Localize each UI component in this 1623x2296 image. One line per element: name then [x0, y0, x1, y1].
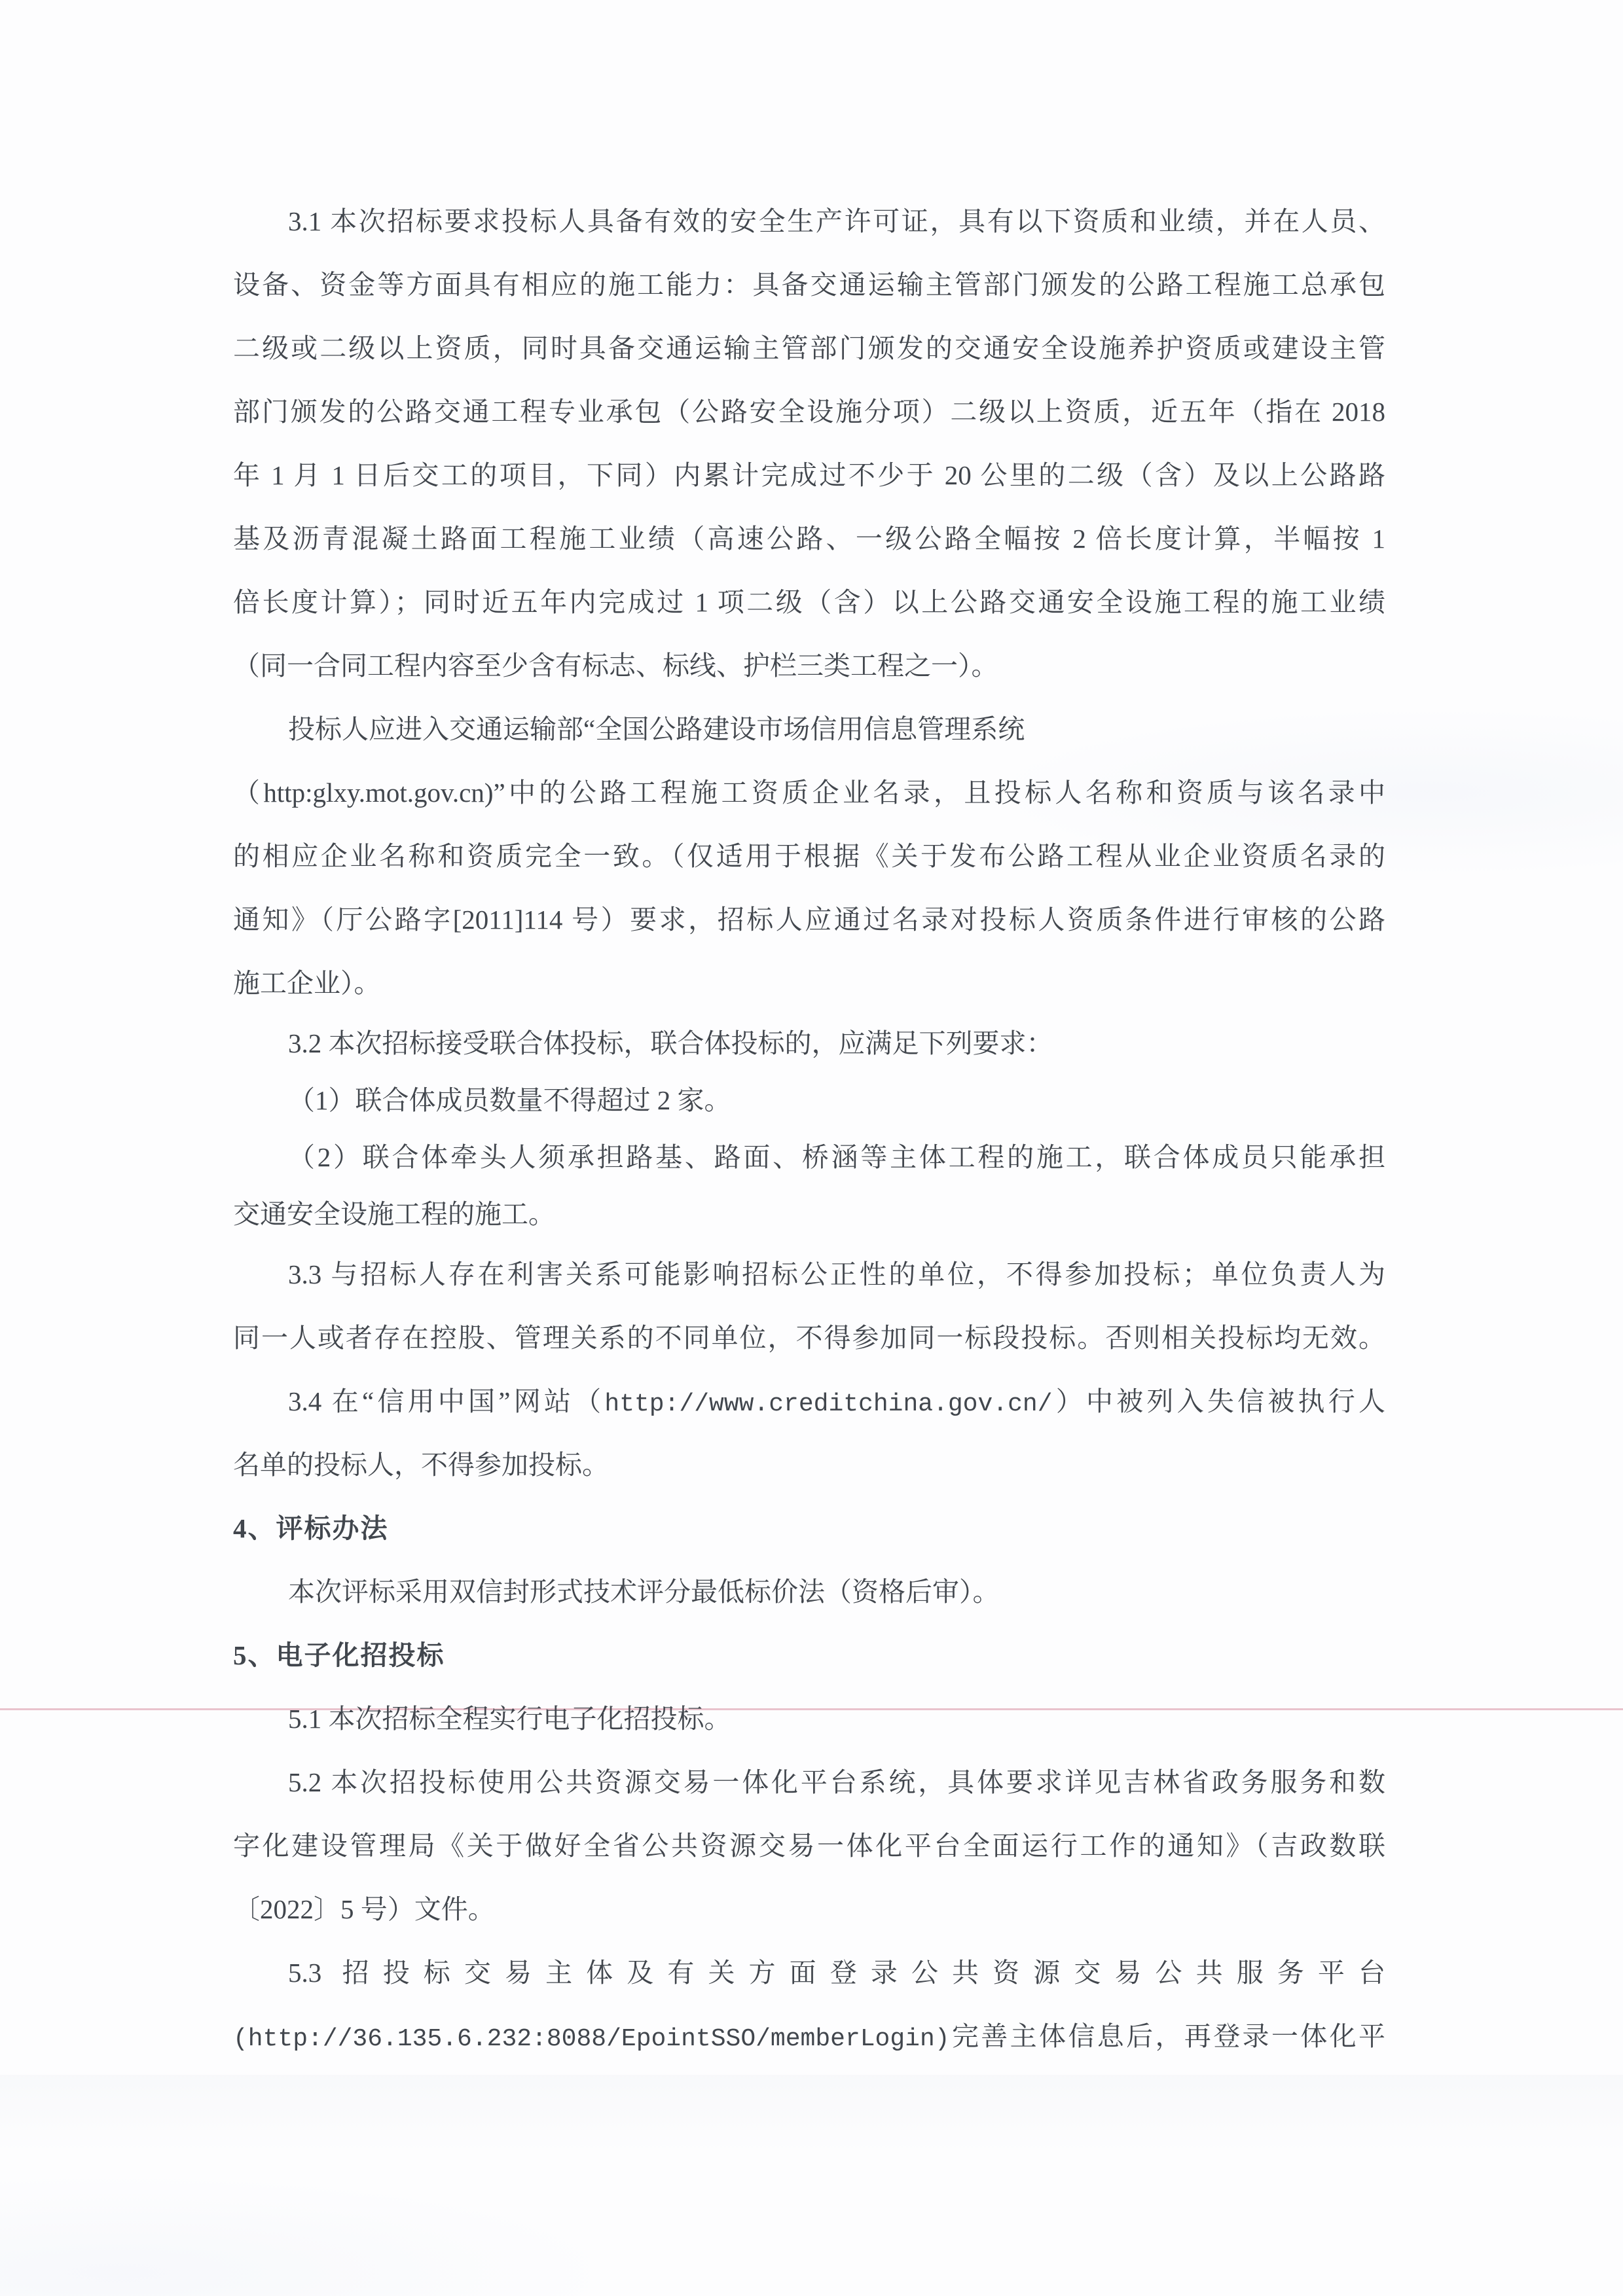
text-line: 名单的投标人，不得参加投标。 — [233, 1433, 1385, 1497]
text-line: 5.3 招投标交易主体及有关方面登录公共资源交易公共服务平台 — [233, 1941, 1385, 2005]
text-line: 基及沥青混凝土路面工程施工业绩（高速公路、一级公路全幅按 2 倍长度计算，半幅按… — [233, 507, 1385, 571]
document-page: 3.1 本次招标要求投标人具备有效的安全生产许可证，具有以下资质和业绩，并在人员… — [0, 0, 1623, 2296]
text-segment: 3.3 与招标人存在利害关系可能影响招标公正性的单位，不得参加投标；单位负责人为 — [288, 1259, 1385, 1289]
text-segment: 年 1 月 1 日后交工的项目，下同）内累计完成过不少于 20 公里的二级（含）… — [233, 460, 1385, 490]
text-segment: 倍长度计算）；同时近五年内完成过 1 项二级（含）以上公路交通安全设施工程的施工… — [233, 587, 1385, 617]
text-segment: （http:glxy.mot.gov.cn)”中的公路工程施工资质企业名录，且投… — [233, 778, 1385, 808]
text-line: 设备、资金等方面具有相应的施工能力：具备交通运输主管部门颁发的公路工程施工总承包 — [233, 253, 1385, 317]
text-line: （1）联合体成员数量不得超过 2 家。 — [233, 1072, 1385, 1129]
section-heading: 4、评标办法 — [233, 1497, 1385, 1560]
text-segment: 基及沥青混凝土路面工程施工业绩（高速公路、一级公路全幅按 2 倍长度计算，半幅按… — [233, 524, 1385, 554]
text-segment: 完善主体信息后，再登录一体化平 — [950, 2021, 1385, 2051]
section-heading: 5、电子化招投标 — [233, 1624, 1385, 1687]
text-segment: 5、电子化招投标 — [233, 1640, 445, 1670]
text-line: 交通安全设施工程的施工。 — [233, 1186, 1385, 1243]
text-segment: （2）联合体牵头人须承担路基、路面、桥涵等主体工程的施工，联合体成员只能承担 — [288, 1142, 1385, 1172]
text-segment: 通知》（厅公路字[2011]114 号）要求，招标人应通过名录对投标人资质条件进… — [233, 905, 1385, 935]
text-line: 5.1 本次招标全程实行电子化招投标。 — [233, 1687, 1385, 1751]
text-line: 的相应企业名称和资质完全一致。（仅适用于根据《关于发布公路工程从业企业资质名录的 — [233, 825, 1385, 888]
text-line: （2）联合体牵头人须承担路基、路面、桥涵等主体工程的施工，联合体成员只能承担 — [233, 1129, 1385, 1186]
text-line: (http://36.135.6.232:8088/EpointSSO/memb… — [233, 2005, 1385, 2068]
text-line: （http:glxy.mot.gov.cn)”中的公路工程施工资质企业名录，且投… — [233, 761, 1385, 825]
text-segment: 施工企业）。 — [233, 968, 381, 998]
text-line: 部门颁发的公路交通工程专业承包（公路安全设施分项）二级以上资质，近五年（指在 2… — [233, 380, 1385, 444]
text-segment: 同一人或者存在控股、管理关系的不同单位，不得参加同一标段投标。否则相关投标均无效… — [233, 1323, 1385, 1353]
text-segment: 部门颁发的公路交通工程专业承包（公路安全设施分项）二级以上资质，近五年（指在 2… — [233, 397, 1385, 427]
text-line: 3.3 与招标人存在利害关系可能影响招标公正性的单位，不得参加投标；单位负责人为 — [233, 1243, 1385, 1306]
text-segment: 二级或二级以上资质，同时具备交通运输主管部门颁发的交通安全设施养护资质或建设主管 — [233, 333, 1385, 363]
text-line: 〔2022〕5 号）文件。 — [233, 1878, 1385, 1941]
text-line: 投标人应进入交通运输部“全国公路建设市场信用信息管理系统 — [233, 698, 1385, 761]
document-body: 3.1 本次招标要求投标人具备有效的安全生产许可证，具有以下资质和业绩，并在人员… — [233, 190, 1385, 2068]
text-line: 倍长度计算）；同时近五年内完成过 1 项二级（含）以上公路交通安全设施工程的施工… — [233, 571, 1385, 634]
text-segment: 3.4 在“信用中国”网站（ — [288, 1386, 604, 1416]
text-segment: 名单的投标人，不得参加投标。 — [233, 1450, 609, 1480]
url-text-segment: (http://36.135.6.232:8088/EpointSSO/memb… — [233, 2025, 950, 2053]
text-segment: 字化建设管理局《关于做好全省公共资源交易一体化平台全面运行工作的通知》（吉政数联 — [233, 1831, 1385, 1861]
text-segment: （1）联合体成员数量不得超过 2 家。 — [288, 1085, 731, 1115]
text-segment: 投标人应进入交通运输部“全国公路建设市场信用信息管理系统 — [288, 714, 1025, 744]
text-line: 二级或二级以上资质，同时具备交通运输主管部门颁发的交通安全设施养护资质或建设主管 — [233, 317, 1385, 380]
text-segment: （同一合同工程内容至少含有标志、标线、护栏三类工程之一）。 — [233, 651, 998, 681]
text-line: 同一人或者存在控股、管理关系的不同单位，不得参加同一标段投标。否则相关投标均无效… — [233, 1306, 1385, 1370]
scan-wash-bottom-left — [0, 2179, 589, 2296]
text-segment: 的相应企业名称和资质完全一致。（仅适用于根据《关于发布公路工程从业企业资质名录的 — [233, 841, 1385, 871]
text-line: 通知》（厅公路字[2011]114 号）要求，招标人应通过名录对投标人资质条件进… — [233, 888, 1385, 952]
text-segment: 5.2 本次招投标使用公共资源交易一体化平台系统，具体要求详见吉林省政务服务和数 — [288, 1767, 1385, 1797]
text-line: 3.2 本次招标接受联合体投标，联合体投标的，应满足下列要求： — [233, 1015, 1385, 1072]
text-segment: 〔2022〕5 号）文件。 — [233, 1894, 495, 1924]
text-line: 3.4 在“信用中国”网站（http://www.creditchina.gov… — [233, 1370, 1385, 1433]
text-line: 年 1 月 1 日后交工的项目，下同）内累计完成过不少于 20 公里的二级（含）… — [233, 444, 1385, 507]
text-line: 5.2 本次招投标使用公共资源交易一体化平台系统，具体要求详见吉林省政务服务和数 — [233, 1751, 1385, 1814]
text-line: 3.1 本次招标要求投标人具备有效的安全生产许可证，具有以下资质和业绩，并在人员… — [233, 190, 1385, 253]
text-line: （同一合同工程内容至少含有标志、标线、护栏三类工程之一）。 — [233, 634, 1385, 698]
text-line: 施工企业）。 — [233, 952, 1385, 1015]
text-segment: 3.1 本次招标要求投标人具备有效的安全生产许可证，具有以下资质和业绩，并在人员… — [288, 206, 1385, 236]
scan-wash-bottom-band — [0, 2075, 1623, 2166]
text-segment: 本次评标采用双信封形式技术评分最低标价法（资格后审）。 — [288, 1577, 1000, 1607]
text-segment: ）中被列入失信被执行人 — [1053, 1386, 1385, 1416]
text-segment: 5.1 本次招标全程实行电子化招投标。 — [288, 1704, 731, 1734]
text-line: 本次评标采用双信封形式技术评分最低标价法（资格后审）。 — [233, 1560, 1385, 1624]
text-line: 字化建设管理局《关于做好全省公共资源交易一体化平台全面运行工作的通知》（吉政数联 — [233, 1814, 1385, 1878]
text-segment: 设备、资金等方面具有相应的施工能力：具备交通运输主管部门颁发的公路工程施工总承包 — [233, 270, 1385, 300]
text-segment: 4、评标办法 — [233, 1513, 389, 1543]
text-segment: 5.3 招投标交易主体及有关方面登录公共资源交易公共服务平台 — [288, 1958, 1385, 1988]
text-segment: 交通安全设施工程的施工。 — [233, 1199, 555, 1229]
text-segment: 3.2 本次招标接受联合体投标，联合体投标的，应满足下列要求： — [288, 1028, 1053, 1058]
url-text-segment: http://www.creditchina.gov.cn/ — [604, 1390, 1052, 1418]
